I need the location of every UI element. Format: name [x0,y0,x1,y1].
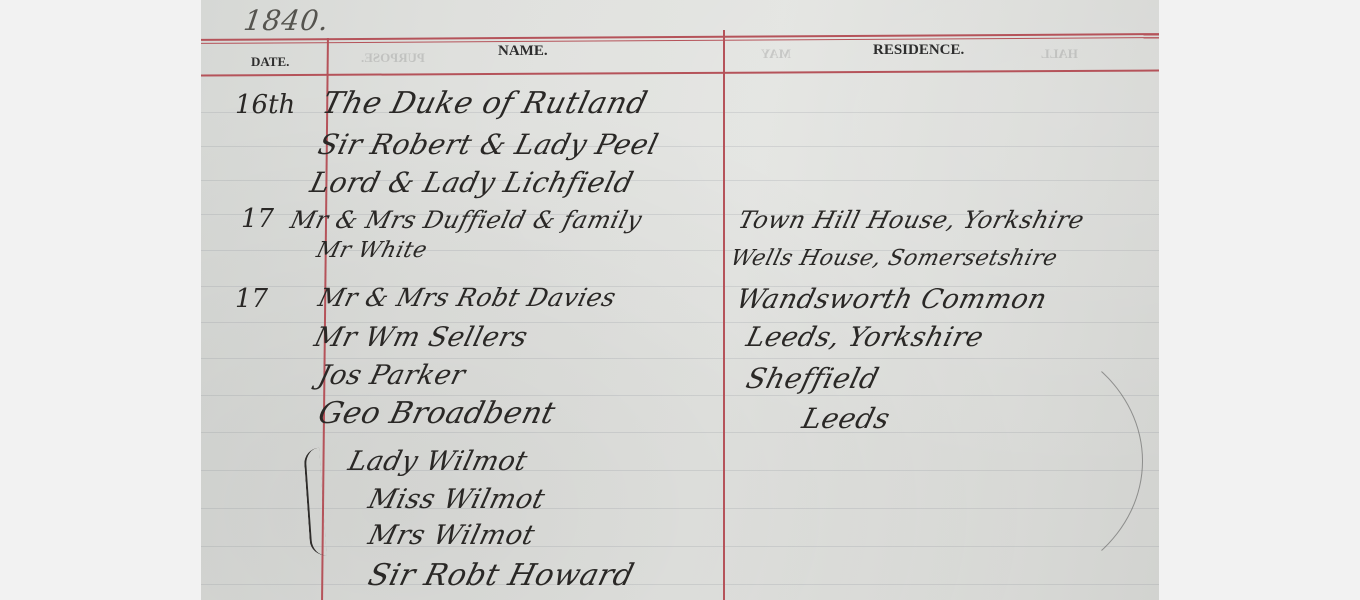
entry-date: 17 [235,284,268,314]
entry-name: Mr Wm Sellers [311,322,531,353]
entry-name: Mrs Wilmot [365,520,538,551]
ledger-photo: 1840. DATE. NAME. RESIDENCE. PURPOSE. MA… [201,0,1159,600]
entry-residence: Wandsworth Common [733,284,1050,315]
entry-name: Lady Wilmot [345,446,531,477]
entry-name: Mr White [314,238,430,263]
entry-residence: Sheffield [743,362,883,395]
entry-name: Jos Parker [315,360,468,391]
name-column-header: NAME. [498,43,548,60]
date-column-header: DATE. [251,54,289,70]
name-column-divider [723,30,725,600]
entry-residence: Town Hill House, Yorkshire [736,206,1088,234]
entry-name: Sir Robt Howard [365,558,638,593]
entry-name: Mr & Mrs Robt Davies [315,283,619,312]
entry-date: 16th [235,90,295,120]
residence-column-header: RESIDENCE. [873,42,964,59]
bleed-through-text: HALL [1041,46,1078,62]
year-label: 1840. [242,4,332,37]
entry-residence: Wells House, Somersetshire [728,246,1060,271]
entry-name: Mr & Mrs Duffield & family [288,206,646,234]
pencil-mark [841,330,1143,592]
bleed-through-text: PURPOSE. [361,50,425,66]
entry-name: Geo Broadbent [315,396,559,431]
entry-name: Miss Wilmot [365,484,548,515]
entry-name: Sir Robert & Lady Peel [315,128,662,161]
entry-name: The Duke of Rutland [319,86,651,121]
entry-date: 17 [241,204,274,234]
entry-name: Lord & Lady Lichfield [307,166,637,199]
bleed-through-text: MAY [761,46,791,62]
